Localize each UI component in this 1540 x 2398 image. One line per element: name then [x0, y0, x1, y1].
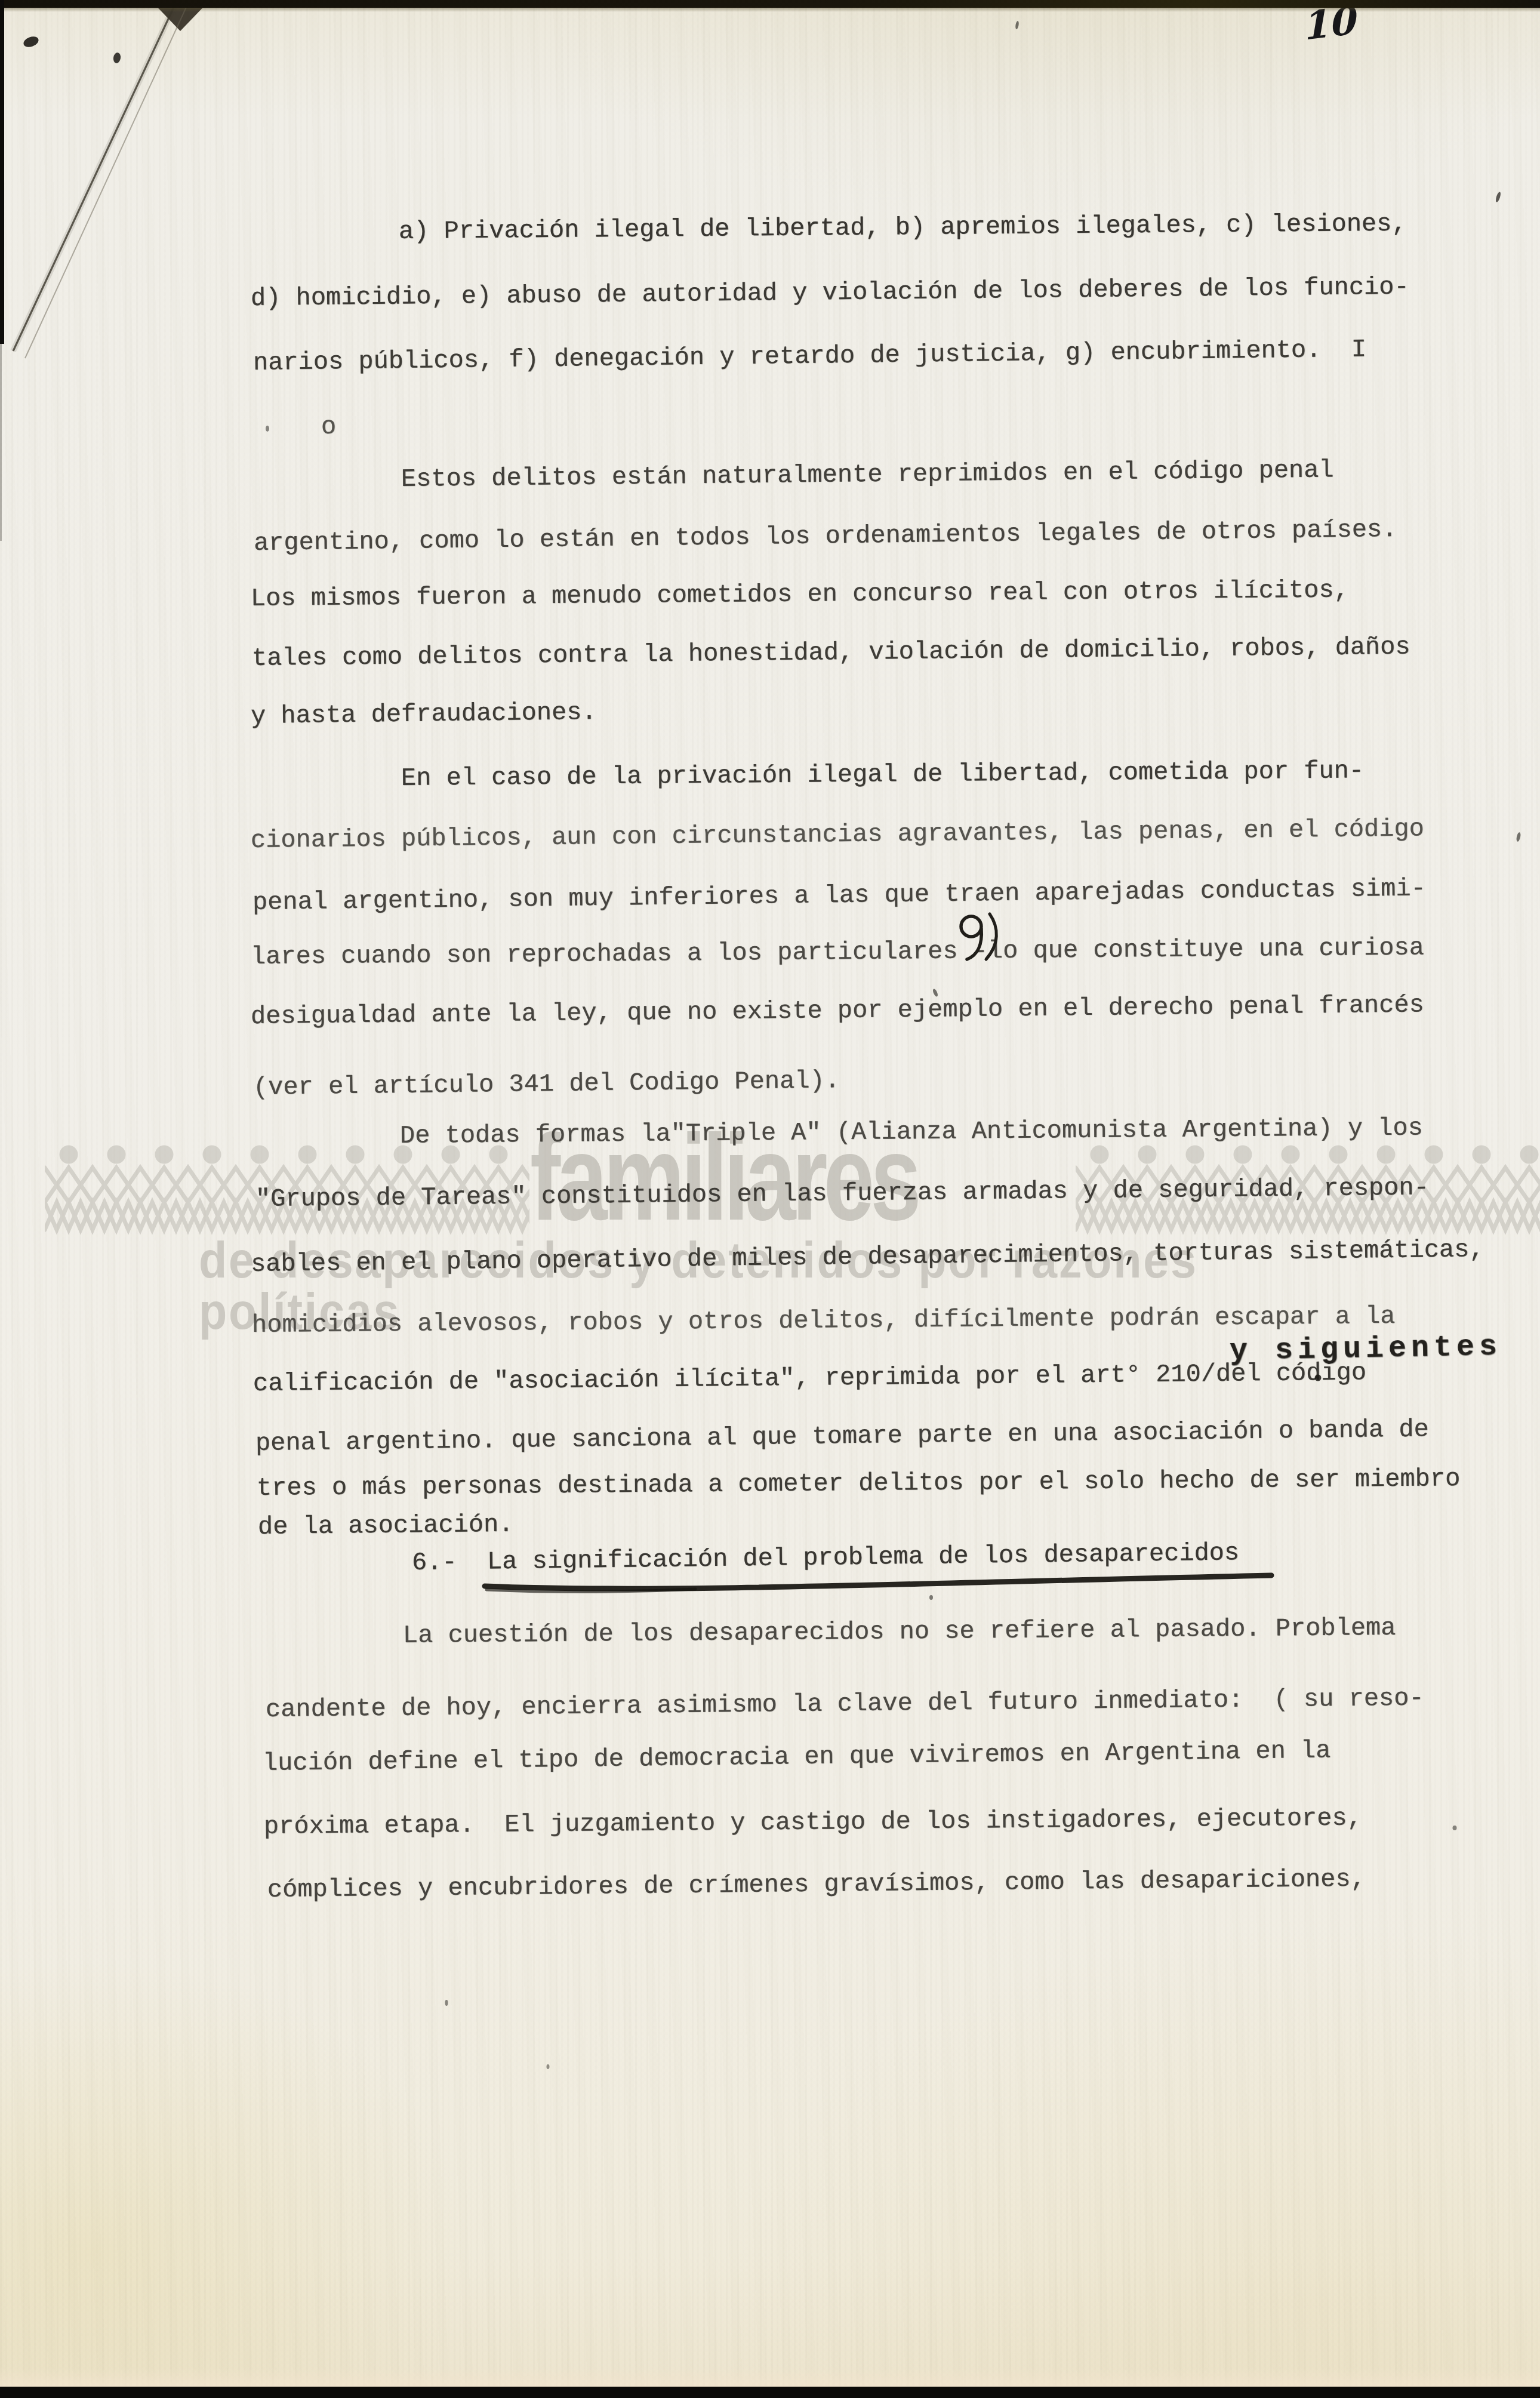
- typed-line: d) homicidio, e) abuso de autoridad y vi…: [251, 275, 1409, 311]
- typed-line: desigualdad ante la ley, que no existe p…: [251, 992, 1424, 1029]
- typed-insertion: y siguientes: [1230, 1332, 1502, 1367]
- typed-line: La cuestión de los desaparecidos no se r…: [403, 1615, 1396, 1648]
- typed-line: Los mismos fueron a menudo cometidos en …: [251, 578, 1349, 611]
- typed-line: penal argentino. que sanciona al que tom…: [255, 1417, 1429, 1456]
- typed-line: 6.- La significación del problema de los…: [412, 1540, 1240, 1575]
- typed-line: y hasta defraudaciones.: [251, 700, 597, 729]
- typed-line: lares cuando son reprochadas a los parti…: [251, 935, 1424, 969]
- typed-line: lución define el tipo de democracia en q…: [263, 1738, 1331, 1776]
- typed-line: argentino, como lo están en todos los or…: [254, 517, 1397, 556]
- typed-line: a) Privación ilegal de libertad, b) apre…: [399, 211, 1407, 244]
- scan-edge-bottom-tint: [0, 2368, 1540, 2387]
- typed-line: candente de hoy, encierra asimismo la cl…: [266, 1686, 1424, 1722]
- typed-line: tres o más personas destinada a cometer …: [257, 1466, 1461, 1501]
- typed-line: homicidios alevosos, robos y otros delit…: [252, 1304, 1396, 1338]
- typed-text-layer: a) Privación ilegal de libertad, b) apre…: [0, 0, 1540, 2398]
- typed-line: calificación de "asociación ilícita", re…: [253, 1360, 1366, 1396]
- typed-line: próxima etapa. El juzgamiento y castigo …: [264, 1806, 1362, 1839]
- scan-edge-left: [0, 0, 4, 344]
- scan-edge-bottom: [0, 2387, 1540, 2398]
- scanned-document-page: familiares de desaparecidos y detenidos …: [0, 0, 1540, 2398]
- typed-line: sables en el plano operativo de miles de…: [251, 1237, 1484, 1277]
- typed-line: (ver el artículo 341 del Codigo Penal).: [253, 1068, 840, 1100]
- typed-line: narios públicos, f) denegación y retardo…: [253, 337, 1366, 375]
- typed-line: penal argentino, son muy inferiores a la…: [252, 876, 1426, 915]
- typed-line: cómplices y encubridores de crímenes gra…: [267, 1867, 1366, 1903]
- scan-edge-top: [0, 0, 1540, 8]
- typed-line: "Grupos de Tareas" constituidos en las f…: [255, 1175, 1429, 1212]
- typed-line: cionarios públicos, aun con circunstanci…: [251, 816, 1424, 853]
- typed-line: de la asociación.: [258, 1512, 514, 1540]
- typed-line: Estos delitos están naturalmente reprimi…: [401, 457, 1334, 492]
- typed-line: De todas formas la"Triple A" (Alianza An…: [400, 1116, 1423, 1149]
- scan-edge-left-faint: [0, 344, 2, 541]
- scan-edge-top-shadow: [0, 8, 1540, 12]
- typed-line: En el caso de la privación ilegal de lib…: [401, 758, 1364, 791]
- typed-line: tales como delitos contra la honestidad,…: [252, 635, 1410, 671]
- typed-line: o: [321, 414, 337, 439]
